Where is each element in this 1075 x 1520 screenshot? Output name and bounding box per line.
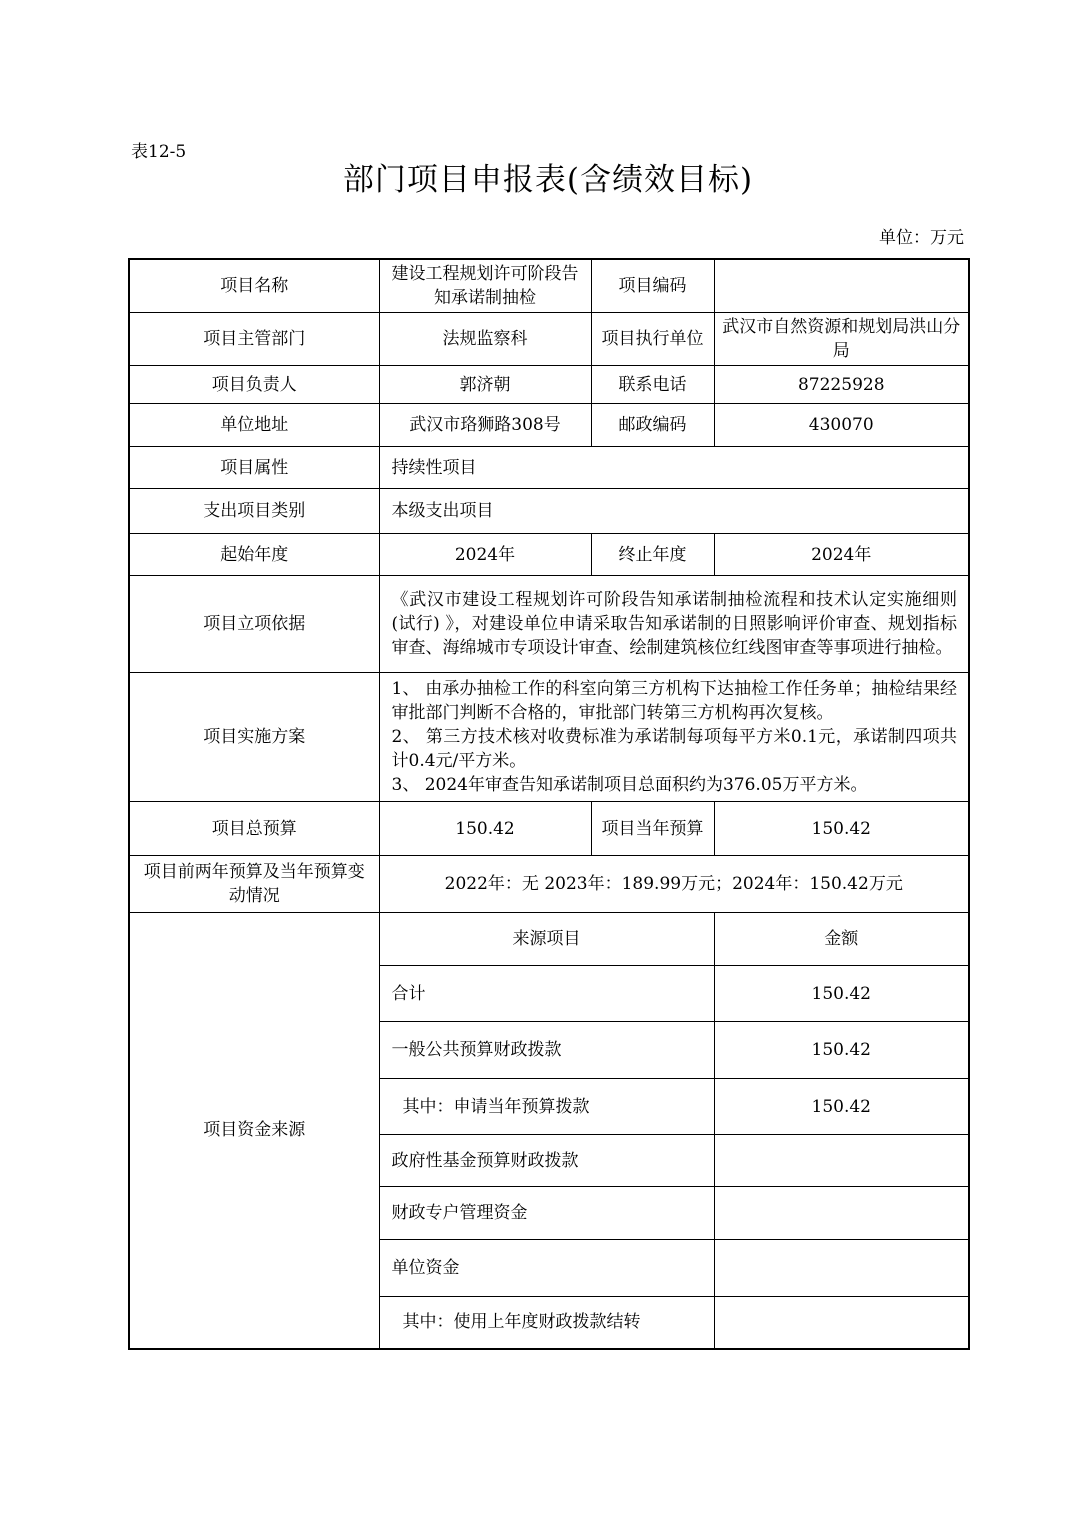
table-row: 项目属性 持续性项目 [129,447,969,489]
plan-item-2: 2、 第三方技术核对收费标准为承诺制每项每平方米0.1元，承诺制四项共计0.4元… [392,725,958,773]
end-year-label: 终止年度 [591,534,714,576]
funding-amount: 150.42 [714,966,969,1022]
funding-source: 单位资金 [379,1240,714,1297]
table-row: 项目立项依据 《武汉市建设工程规划许可阶段告知承诺制抽检流程和技术认定实施细则(… [129,576,969,673]
funding-source: 其中：使用上年度财政拨款结转 [379,1297,714,1349]
basis-label: 项目立项依据 [129,576,379,673]
postcode-label: 邮政编码 [591,404,714,447]
expense-type-value: 本级支出项目 [379,489,969,534]
attribute-label: 项目属性 [129,447,379,489]
dept-label: 项目主管部门 [129,313,379,366]
table-row: 项目负责人 郭济朝 联系电话 87225928 [129,366,969,404]
funding-amount-column-header: 金额 [714,913,969,966]
postcode-value: 430070 [714,404,969,447]
funding-header-row: 项目资金来源 来源项目 金额 [129,913,969,966]
plan-item-1: 1、 由承办抽检工作的科室向第三方机构下达抽检工作任务单；抽检结果经审批部门判断… [392,677,958,725]
plan-value: 1、 由承办抽检工作的科室向第三方机构下达抽检工作任务单；抽检结果经审批部门判断… [379,673,969,802]
table-row: 项目前两年预算及当年预算变动情况 2022年：无 2023年：189.99万元；… [129,856,969,913]
funding-amount: 150.42 [714,1079,969,1135]
exec-unit-value: 武汉市自然资源和规划局洪山分局 [714,313,969,366]
leader-value: 郭济朝 [379,366,591,404]
project-name-label: 项目名称 [129,259,379,313]
project-name-value: 建设工程规划许可阶段告知承诺制抽检 [379,259,591,313]
funding-amount: 150.42 [714,1022,969,1079]
project-declaration-table: 项目名称 建设工程规划许可阶段告知承诺制抽检 项目编码 项目主管部门 法规监察科… [128,258,970,1350]
plan-label: 项目实施方案 [129,673,379,802]
address-value: 武汉市珞狮路308号 [379,404,591,447]
funding-amount [714,1135,969,1187]
project-code-label: 项目编码 [591,259,714,313]
phone-value: 87225928 [714,366,969,404]
table-row: 项目总预算 150.42 项目当年预算 150.42 [129,802,969,856]
funding-section-label: 项目资金来源 [129,913,379,1349]
end-year-value: 2024年 [714,534,969,576]
history-label: 项目前两年预算及当年预算变动情况 [129,856,379,913]
page-title: 部门项目申报表(含绩效目标) [128,160,968,200]
funding-source-column-header: 来源项目 [379,913,714,966]
funding-amount [714,1297,969,1349]
total-budget-value: 150.42 [379,802,591,856]
funding-source: 一般公共预算财政拨款 [379,1022,714,1079]
funding-source: 政府性基金预算财政拨款 [379,1135,714,1187]
funding-source: 其中：申请当年预算拨款 [379,1079,714,1135]
table-row: 项目实施方案 1、 由承办抽检工作的科室向第三方机构下达抽检工作任务单；抽检结果… [129,673,969,802]
table-row: 起始年度 2024年 终止年度 2024年 [129,534,969,576]
funding-source: 财政专户管理资金 [379,1187,714,1240]
table-row: 项目主管部门 法规监察科 项目执行单位 武汉市自然资源和规划局洪山分局 [129,313,969,366]
funding-amount [714,1187,969,1240]
expense-type-label: 支出项目类别 [129,489,379,534]
funding-source: 合计 [379,966,714,1022]
table-row: 项目名称 建设工程规划许可阶段告知承诺制抽检 项目编码 [129,259,969,313]
history-value: 2022年：无 2023年：189.99万元；2024年：150.42万元 [379,856,969,913]
attribute-value: 持续性项目 [379,447,969,489]
unit-note: 单位：万元 [128,227,964,249]
exec-unit-label: 项目执行单位 [591,313,714,366]
start-year-label: 起始年度 [129,534,379,576]
basis-value: 《武汉市建设工程规划许可阶段告知承诺制抽检流程和技术认定实施细则(试行) 》，对… [379,576,969,673]
phone-label: 联系电话 [591,366,714,404]
address-label: 单位地址 [129,404,379,447]
funding-amount [714,1240,969,1297]
start-year-value: 2024年 [379,534,591,576]
current-budget-label: 项目当年预算 [591,802,714,856]
total-budget-label: 项目总预算 [129,802,379,856]
plan-item-3: 3、 2024年审查告知承诺制项目总面积约为376.05万平方米。 [392,773,958,797]
current-budget-value: 150.42 [714,802,969,856]
leader-label: 项目负责人 [129,366,379,404]
project-code-value [714,259,969,313]
table-row: 支出项目类别 本级支出项目 [129,489,969,534]
dept-value: 法规监察科 [379,313,591,366]
table-row: 单位地址 武汉市珞狮路308号 邮政编码 430070 [129,404,969,447]
document-page: 表12-5 部门项目申报表(含绩效目标) 单位：万元 项目名称 建设工程规划许可… [0,0,1075,1520]
